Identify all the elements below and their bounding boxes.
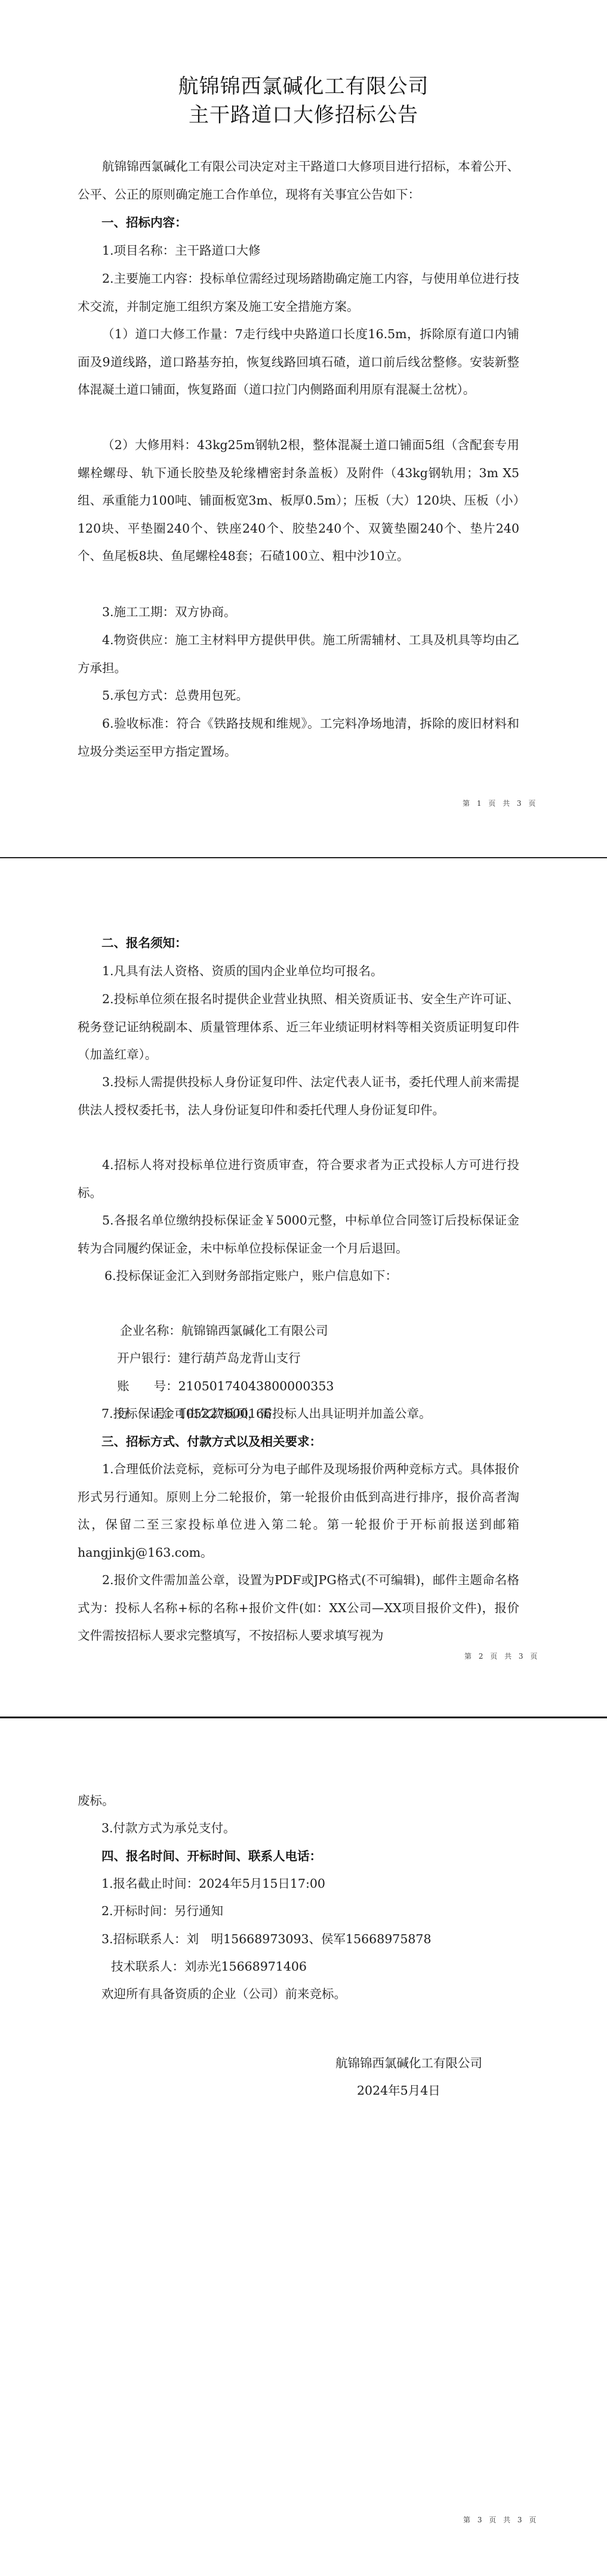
section-1-item-1: 1.项目名称：主干路道口大修 <box>78 237 519 265</box>
section-1-heading: 一、招标内容： <box>101 209 187 236</box>
page-3: 废标。 3.付款方式为承兑支付。 四、报名时间、开标时间、联系人电话： 1.报名… <box>0 1718 607 2576</box>
section-4-heading: 四、报名时间、开标时间、联系人电话： <box>101 1842 322 1870</box>
page-footer-1: 第 1 页 共 3 页 <box>463 798 538 808</box>
intro-paragraph: 航锦锦西氯碱化工有限公司决定对主干路道口大修项目进行招标，本着公开、公平、公正的… <box>78 153 519 208</box>
section-2-item-6: 6.投标保证金汇入到财务部指定账户，账户信息如下： <box>104 1262 398 1289</box>
section-1-item-2-materials: （2）大修用料：43kg25m钢轨2根，整体混凝土道口铺面5组（含配套专用螺栓螺… <box>78 431 519 570</box>
section-1-item-4: 4.物资供应：施工主材料甲方提供甲供。施工所需辅材、工具及机具等均由乙方承担。 <box>78 626 519 682</box>
section-2-item-4: 4.招标人将对投标单位进行资质审查，符合要求者为正式投标人方可进行投标。 <box>78 1151 519 1207</box>
section-1-item-2: 2.主要施工内容：投标单位需经过现场踏勘确定施工内容，与使用单位进行技术交流，并… <box>78 265 519 320</box>
page-separator <box>0 857 607 858</box>
page-footer-3: 第 3 页 共 3 页 <box>463 2515 538 2525</box>
section-1-item-5: 5.承包方式：总费用包死。 <box>78 682 519 710</box>
section-2-item-2: 2.投标单位须在报名时提供企业营业执照、相关资质证书、安全生产许可证、税务登记证… <box>78 985 519 1069</box>
signature-company: 航锦锦西氯碱化工有限公司 <box>335 2049 482 2077</box>
section-4-item-1: 1.报名截止时间：2024年5月15日17:00 <box>101 1870 325 1897</box>
closing-statement: 欢迎所有具备资质的企业（公司）前来竞标。 <box>101 1980 346 2008</box>
section-4-item-2: 2.开标时间：另行通知 <box>101 1897 223 1925</box>
section-3-item-1: 1.合理低价法竞标，竞标可分为电子邮件及现场报价两种竞标方式。具体报价形式另行通… <box>78 1455 519 1566</box>
document-title-subject: 主干路道口大修招标公告 <box>0 101 607 129</box>
section-4-item-3: 3.招标联系人：刘 明15668973093、侯军15668975878 <box>101 1925 432 1953</box>
page-1: 航锦锦西氯碱化工有限公司 主干路道口大修招标公告 航锦锦西氯碱化工有限公司决定对… <box>0 0 607 858</box>
section-2-item-5: 5.各报名单位缴纳投标保证金￥5000元整，中标单位合同签订后投标保证金转为合同… <box>78 1207 519 1262</box>
section-2-item-1: 1.凡具有法人资格、资质的国内企业单位均可报名。 <box>78 957 519 985</box>
section-3-heading: 三、招标方式、付款方式以及相关要求： <box>101 1428 322 1455</box>
section-1-item-2-workload: （1）道口大修工作量：7走行线中央路道口长度16.5m，拆除原有道口内铺面及9道… <box>78 320 519 404</box>
document-title-company: 航锦锦西氯碱化工有限公司 <box>0 72 607 101</box>
section-1-item-3: 3.施工工期：双方协商。 <box>78 598 519 626</box>
section-3-item-2: 2.报价文件需加盖公章，设置为PDF或JPG格式(不可编辑)，邮件主题命名格式为… <box>78 1566 519 1650</box>
section-2-heading: 二、报名须知： <box>101 929 187 957</box>
page-footer-2: 第 2 页 共 3 页 <box>464 1651 540 1661</box>
section-1-item-6: 6.验收标准：符合《铁路技规和维规》。工完料净场地清，拆除的废旧材料和垃圾分类运… <box>78 710 519 765</box>
section-3-item-3: 3.付款方式为承兑支付。 <box>101 1814 236 1842</box>
page-2: 二、报名须知： 1.凡具有法人资格、资质的国内企业单位均可报名。 2.投标单位须… <box>0 859 607 1717</box>
signature-date: 2024年5月4日 <box>357 2077 440 2104</box>
section-2-item-3: 3.投标人需提供投标人身份证复印件、法定代表人证书，委托代理人前来需提供法人授权… <box>78 1068 519 1124</box>
section-4-technical-contact: 技术联系人：刘赤光15668971406 <box>111 1953 307 1980</box>
section-3-item-2-continued: 废标。 <box>78 1787 115 1814</box>
section-2-item-7: 7.投标保证金可由欠款抵项，需投标人出具证明并加盖公章。 <box>101 1400 432 1427</box>
